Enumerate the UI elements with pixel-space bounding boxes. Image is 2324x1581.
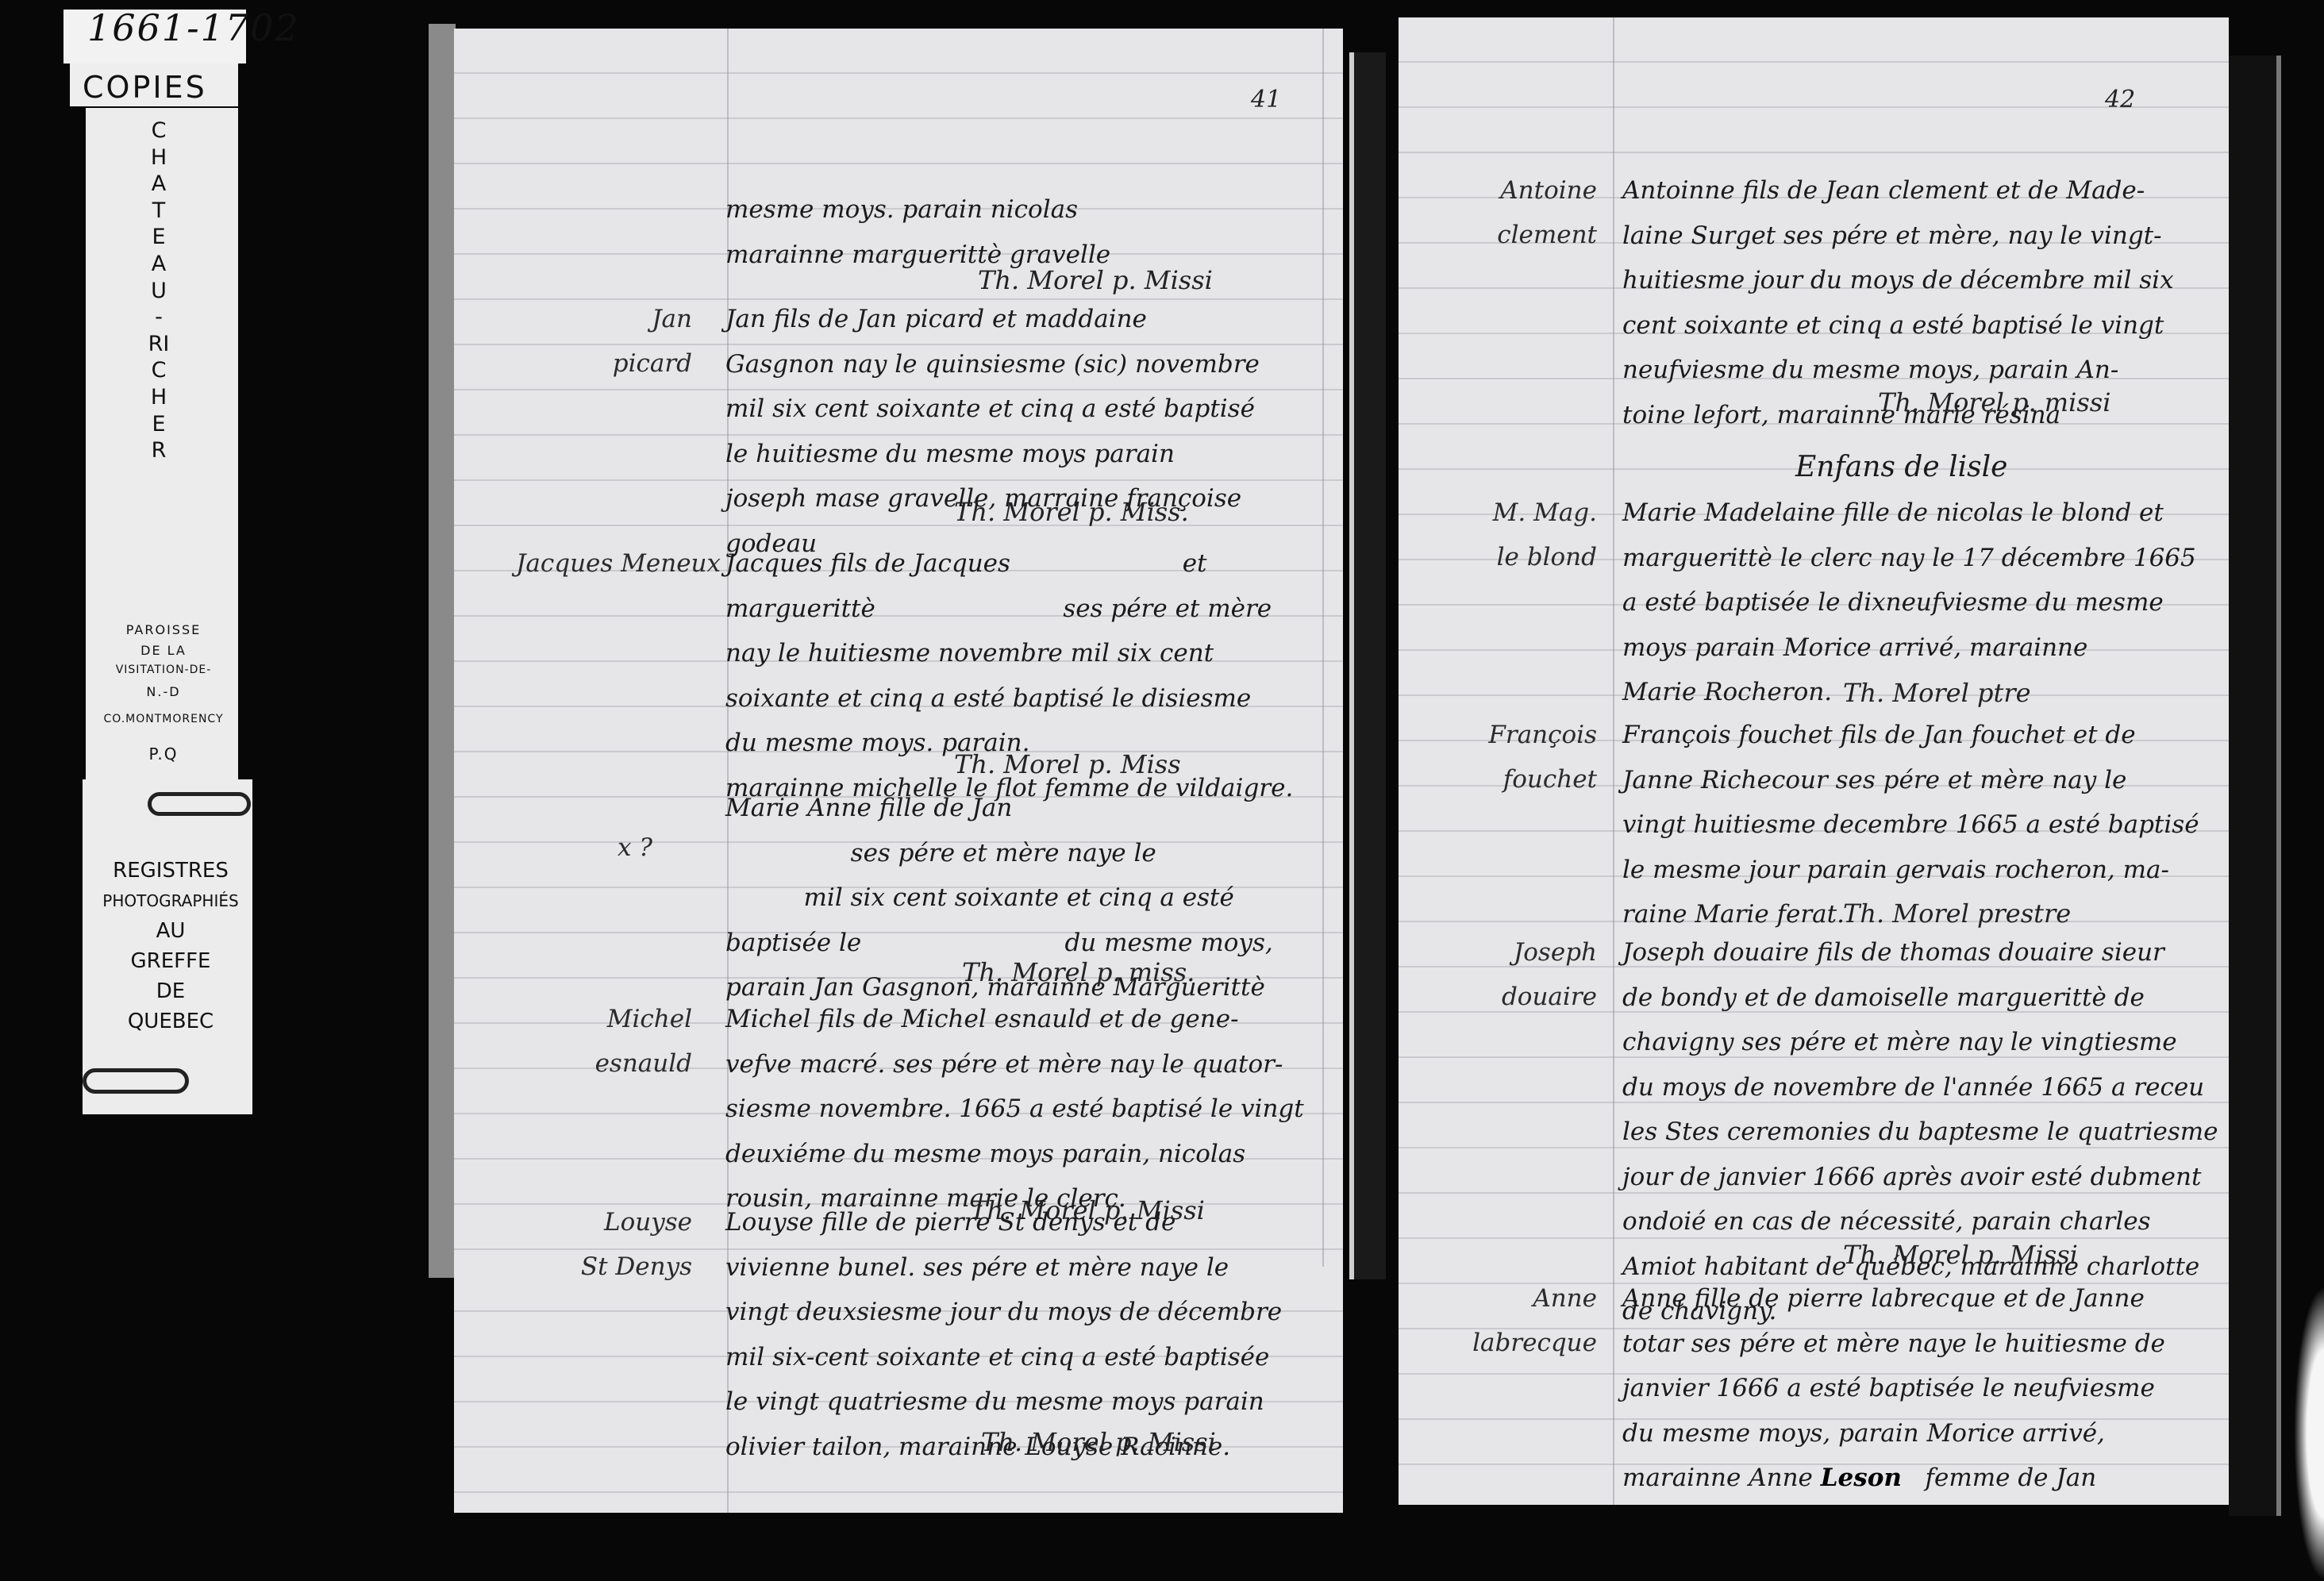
entry-text: Michel fils de Michel esnauld et de gene… — [725, 997, 1304, 1221]
entry-line: janvier 1666 a esté baptisée le neufvies… — [1622, 1374, 2155, 1402]
entry-line: totar ses pére et mère naye le huitiesme… — [1622, 1329, 2165, 1358]
margin-name: M. Mag. le blond — [1414, 490, 1597, 579]
paperclip-icon — [148, 792, 251, 816]
entry-line: moys parain Morice arrivé, marainne — [1622, 633, 2087, 662]
entry-line: Joseph douaire fils de thomas douaire si… — [1622, 938, 2164, 967]
entry-line: ses pére et mère naye le — [725, 839, 1156, 867]
entry-line: chavigny ses pére et mère nay le vingtie… — [1622, 1028, 2177, 1056]
register-page-41: 41 mesme moys. parain nicolas marainne m… — [454, 29, 1343, 1267]
label-parish-line: PAROISSE — [86, 622, 241, 637]
entry-line: Marie Madelaine fille de nicolas le blon… — [1622, 498, 2164, 527]
entry-text: Joseph douaire fils de thomas douaire si… — [1622, 930, 2218, 1334]
entry-line: huitiesme jour du moys de décembre mil s… — [1622, 266, 2174, 294]
entry-line: Gasgnon nay le quinsiesme (sic) novembre — [725, 350, 1260, 379]
entry-line: laine Surget ses pére et mère, nay le vi… — [1622, 221, 2162, 250]
entry-line: nay le huitiesme novembre mil six cent — [725, 639, 1214, 667]
margin-name: Jacques Meneux — [459, 541, 721, 586]
entry-line: mil six cent soixante et cinq a esté — [725, 883, 1234, 912]
entry-line: neufviesme du mesme moys, parain An- — [1622, 356, 2118, 384]
entry-line: vingt huitiesme decembre 1665 a esté bap… — [1622, 810, 2199, 839]
entry-line: a esté baptisée le dixneufviesme du mesm… — [1622, 588, 2164, 617]
entry-line: mil six cent soixante et cinq a esté bap… — [725, 394, 1255, 423]
margin-rule — [1613, 17, 1614, 1505]
signature: Th. Morel prestre — [1843, 898, 2071, 929]
entry-line: du mesme moys, parain Morice arrivé, — [1622, 1419, 2105, 1448]
entry-line: Antoinne fils de Jean clement et de Made… — [1622, 176, 2145, 205]
label-parish-line: DE LA — [86, 643, 241, 658]
margin-name: Antoine clement — [1414, 168, 1597, 257]
entry-line: François fouchet fils de Jan fouchet et … — [1622, 721, 2136, 749]
margin-name: Michel esnauld — [502, 997, 692, 1086]
label-registry-line: GREFFE — [89, 946, 252, 976]
signature: Th. Morel p. Missi — [981, 1427, 1216, 1457]
entry-line: marainne Anne Leson femme de Jan — [1622, 1464, 2096, 1492]
label-registry-line: AU — [89, 916, 252, 946]
entry-line: marguerittè ses pére et mère — [725, 594, 1272, 623]
label-date-range: 1661-1702 — [87, 6, 300, 49]
label-parish-line: N.-D — [86, 684, 241, 699]
label-parish-name: CHATEAU-RICHER — [148, 117, 170, 464]
entry-line: le mesme jour parain gervais rocheron, m… — [1622, 856, 2169, 884]
entry-line: de bondy et de damoiselle marguerittè de — [1622, 983, 2145, 1012]
entry-line: Marie Rocheron. — [1622, 678, 1832, 706]
entry-line: Jan fils de Jan picard et maddaine — [725, 305, 1147, 333]
entry-line: deuxiéme du mesme moys parain, nicolas — [725, 1140, 1245, 1168]
signature: Th. Morel ptre — [1843, 678, 2031, 708]
entry-line: Jacques fils de Jacques et — [725, 549, 1207, 578]
label-registry-line: REGISTRES — [89, 856, 252, 886]
light-glare — [2294, 1286, 2324, 1581]
entry-text: Anne fille de pierre labrecque et de Jan… — [1622, 1276, 2165, 1501]
entry-text: mesme moys. parain nicolas marainne marg… — [725, 187, 1110, 277]
label-registry-line: DE — [89, 976, 252, 1006]
margin-name: Joseph douaire — [1414, 930, 1597, 1019]
page-stack-edge — [2229, 56, 2281, 1516]
label-registry-line: PHOTOGRAPHIÉS — [89, 886, 252, 916]
entry-line: le vingt quatriesme du mesme moys parain — [725, 1387, 1264, 1416]
entry-line: Michel fils de Michel esnauld et de gene… — [725, 1005, 1239, 1033]
signature: Th. Morel p. Miss — [954, 749, 1181, 779]
page-edge-shadow — [429, 24, 456, 1278]
entry-line: vingt deuxsiesme jour du moys de décembr… — [725, 1298, 1282, 1326]
entry-line: vivienne bunel. ses pére et mère naye le — [725, 1253, 1229, 1282]
entry-line: mil six-cent soixante et cinq a esté bap… — [725, 1343, 1269, 1371]
entry-line: Anne fille de pierre labrecque et de Jan… — [1622, 1284, 2145, 1313]
entry-line: Louyse fille de pierre St denys et de — [725, 1208, 1175, 1237]
entry-line: vefve macré. ses pére et mère nay le qua… — [725, 1050, 1283, 1079]
page-number: 42 — [2105, 86, 2135, 113]
margin-name: Anne labrecque — [1414, 1276, 1597, 1365]
signature: Th. Morel p. Missi — [978, 265, 1213, 295]
entry-line: jour de janvier 1666 après avoir esté du… — [1622, 1163, 2201, 1191]
microfilm-scan: 1661-1702 COPIES CHATEAU-RICHER PAROISSE… — [0, 0, 2324, 1581]
signature: Th. Morel p. Miss. — [954, 497, 1189, 527]
margin-name: François fouchet — [1414, 713, 1597, 802]
margin-name: x ? — [533, 825, 652, 870]
entry-line: du moys de novembre de l'année 1665 a re… — [1622, 1073, 2204, 1102]
entry-line: le huitiesme du mesme moys parain — [725, 440, 1175, 468]
entry-line: Marie Anne fille de Jan — [725, 794, 1012, 822]
page-number: 41 — [1251, 86, 1281, 113]
label-parish-line: P.Q — [86, 744, 241, 764]
entry-line: mesme moys. parain nicolas — [725, 195, 1078, 224]
margin-name: Jan picard — [502, 297, 692, 386]
entry-fragment: femme de Jan — [1902, 1464, 2096, 1492]
entry-line: raine Marie ferat. — [1622, 900, 1845, 929]
label-copies: COPIES — [83, 70, 207, 105]
entry-line: ondoié en cas de nécessité, parain charl… — [1622, 1207, 2151, 1236]
signature: Th. Morel p. missi — [1878, 387, 2110, 417]
page-stack-edge — [1349, 52, 1386, 1279]
label-registry-line: QUEBEC — [89, 1006, 252, 1037]
entry-line: marguerittè le clerc nay le 17 décembre … — [1622, 544, 2196, 572]
entry-line: siesme novembre. 1665 a esté baptisé le … — [725, 1094, 1304, 1123]
entry-line: les Stes ceremonies du baptesme le quatr… — [1622, 1117, 2218, 1146]
entry-line: Janne Richecour ses pére et mère nay le — [1622, 766, 2126, 794]
entry-line: baptisée le du mesme moys, — [725, 929, 1273, 957]
margin-name: Louyse St Denys — [502, 1200, 692, 1289]
entry-fragment: marainne Anne — [1622, 1464, 1821, 1492]
entry-line: soixante et cinq a esté baptisé le disie… — [725, 684, 1251, 713]
paperclip-icon — [83, 1068, 189, 1094]
register-page-42: 42 Antoine clement Antoinne fils de Jean… — [1399, 17, 2229, 1505]
label-parish-line: VISITATION-DE- — [86, 664, 241, 676]
section-heading: Enfans de lisle — [1795, 451, 2007, 483]
signature: Th. Morel p. miss. — [962, 957, 1195, 987]
signature: Th. Morel p. Missi — [1843, 1240, 2078, 1270]
entry-fragment-annotated: Leson — [1821, 1464, 1902, 1492]
entry-line: cent soixante et cinq a esté baptisé le … — [1622, 311, 2164, 340]
label-parish-line: CO.MONTMORENCY — [86, 713, 241, 725]
margin-rule — [1322, 29, 1324, 1267]
